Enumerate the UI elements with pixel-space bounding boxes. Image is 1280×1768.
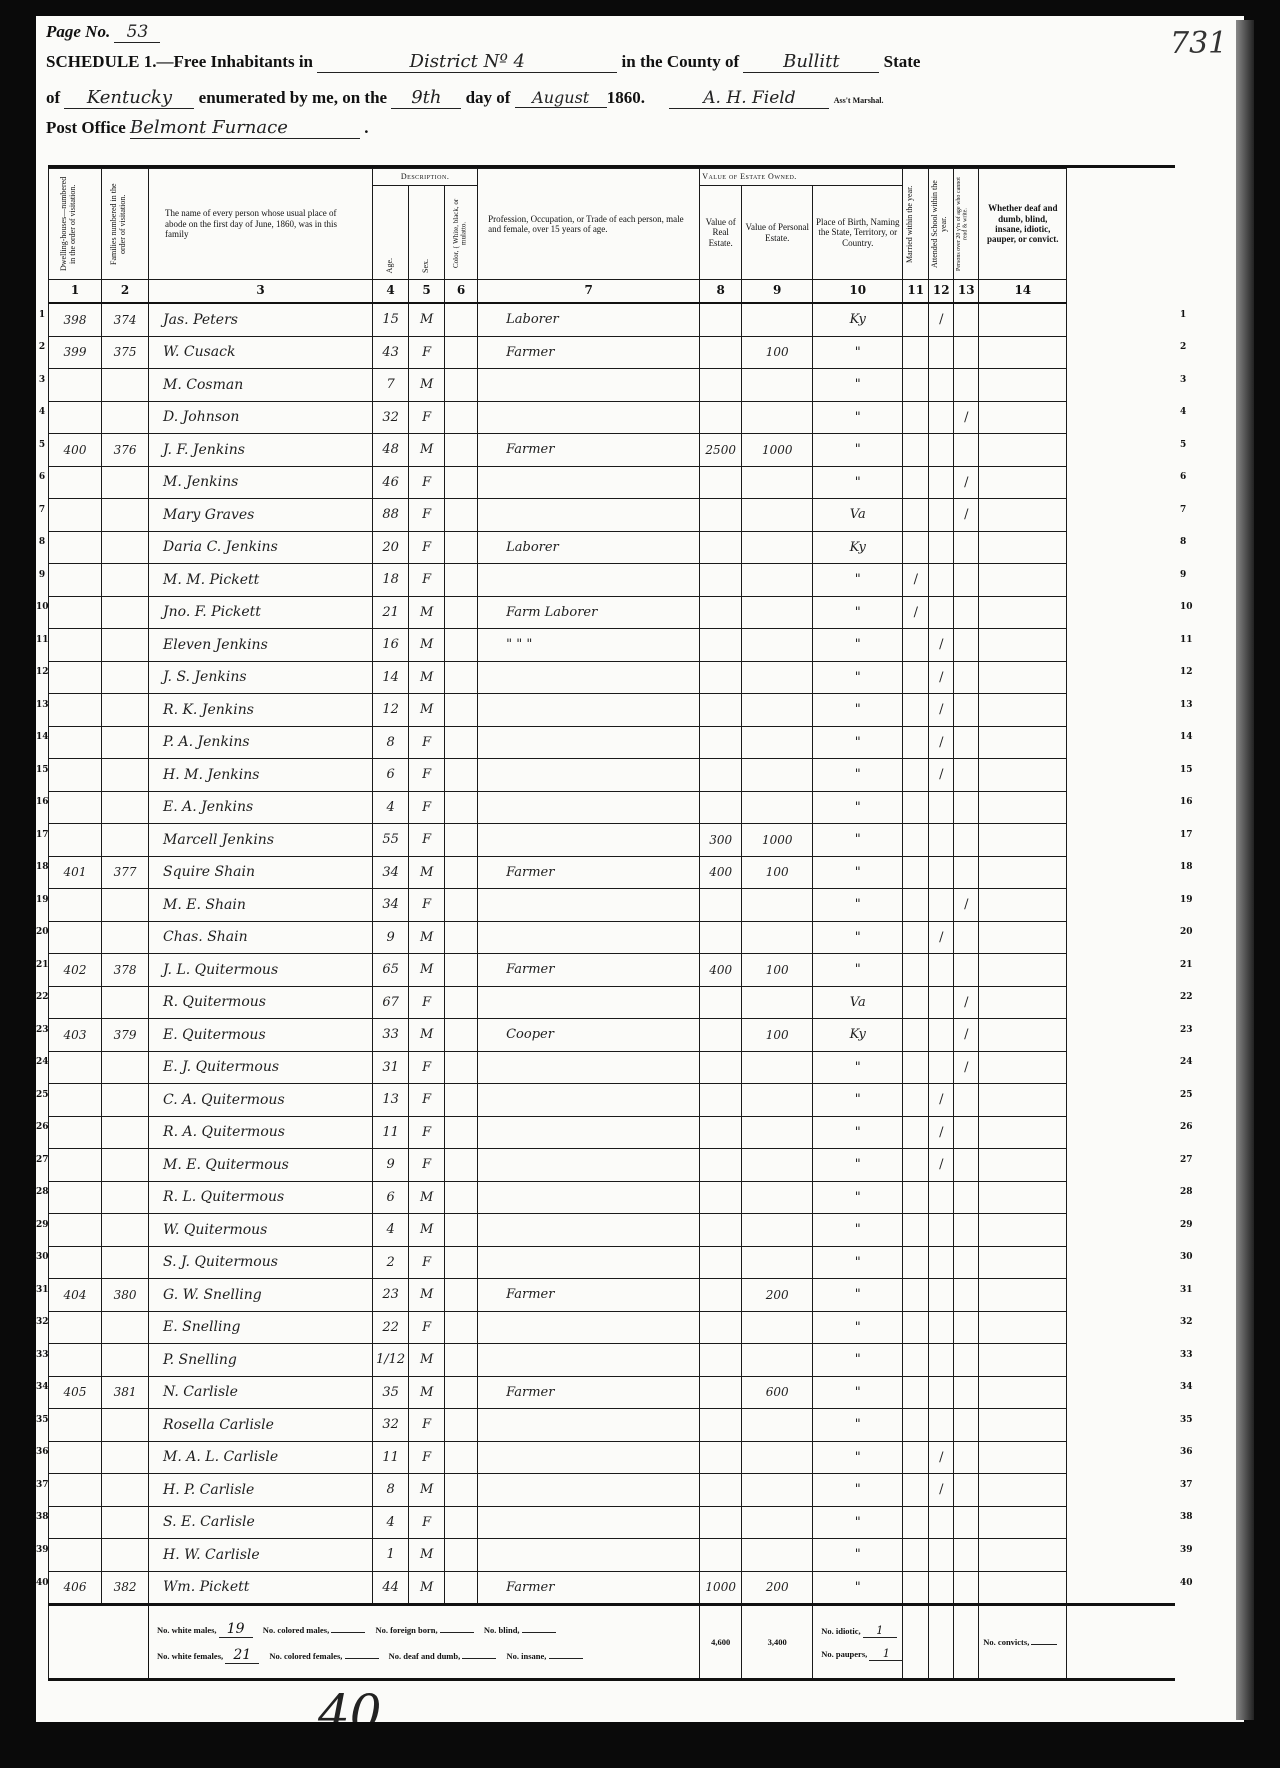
col-num: 5 <box>409 280 445 304</box>
line-number: 26 <box>36 1122 48 1132</box>
sex: F <box>409 889 445 922</box>
margin <box>1067 1279 1175 1312</box>
line-number: 9 <box>1180 570 1204 580</box>
white-females-count: 21 <box>225 1647 259 1664</box>
sex: M <box>409 694 445 727</box>
personal-estate-value <box>742 303 813 336</box>
table-row: H. W. Carlisle1M" <box>49 1539 1176 1572</box>
margin <box>1067 369 1175 402</box>
color <box>445 629 478 662</box>
illiterate-mark: / <box>954 466 979 499</box>
family-number: 382 <box>102 1571 149 1605</box>
dwelling-number <box>49 1409 102 1442</box>
birthplace: " <box>813 1214 903 1247</box>
sex: M <box>409 856 445 889</box>
day-of-label: day of <box>466 88 511 107</box>
age: 11 <box>373 1441 409 1474</box>
birthplace: " <box>813 596 903 629</box>
color <box>445 336 478 369</box>
dwelling-number <box>49 499 102 532</box>
table-row: R. Quitermous67FVa/ <box>49 986 1176 1019</box>
school-mark: / <box>929 1441 954 1474</box>
page-edge-shadow <box>1236 20 1254 1720</box>
sex: F <box>409 759 445 792</box>
line-number: 16 <box>36 797 48 807</box>
birthplace: " <box>813 1344 903 1377</box>
line-number: 28 <box>1180 1187 1204 1197</box>
margin <box>1067 1116 1175 1149</box>
table-row: D. Johnson32F"/ <box>49 401 1176 434</box>
married-mark <box>903 434 929 467</box>
family-number <box>102 1344 149 1377</box>
illiterate-mark <box>954 1441 979 1474</box>
illiterate-mark: / <box>954 986 979 1019</box>
sex: F <box>409 824 445 857</box>
col-num: 3 <box>149 280 373 304</box>
married-mark <box>903 1019 929 1052</box>
line-number: 13 <box>36 700 48 710</box>
margin <box>1067 336 1175 369</box>
school-mark <box>929 1409 954 1442</box>
line-number: 14 <box>1180 732 1204 742</box>
line-number: 20 <box>1180 927 1204 937</box>
family-number <box>102 1246 149 1279</box>
person-name: E. Quitermous <box>149 1019 373 1052</box>
illiterate-mark <box>954 824 979 857</box>
dwelling-number <box>49 1246 102 1279</box>
person-name: E. J. Quitermous <box>149 1051 373 1084</box>
illiterate-mark <box>954 1084 979 1117</box>
illiterate-mark <box>954 1474 979 1507</box>
infirmity <box>979 986 1067 1019</box>
occupation <box>478 1506 700 1539</box>
illiterate-mark <box>954 954 979 987</box>
person-name: D. Johnson <box>149 401 373 434</box>
color <box>445 824 478 857</box>
personal-estate-value <box>742 986 813 1019</box>
occupation <box>478 499 700 532</box>
dwelling-number <box>49 466 102 499</box>
school-mark: / <box>929 1116 954 1149</box>
married-mark <box>903 401 929 434</box>
married-mark <box>903 629 929 662</box>
table-row: S. J. Quitermous2F" <box>49 1246 1176 1279</box>
real-estate-value: 2500 <box>700 434 742 467</box>
line-number: 28 <box>36 1187 48 1197</box>
margin <box>1067 954 1175 987</box>
paupers-count: 1 <box>869 1647 903 1661</box>
table-row: S. E. Carlisle4F" <box>49 1506 1176 1539</box>
dwelling-number <box>49 889 102 922</box>
sex: M <box>409 661 445 694</box>
real-estate-value: 400 <box>700 856 742 889</box>
marshal-field: A. H. Field <box>669 89 829 109</box>
personal-estate-value: 1000 <box>742 434 813 467</box>
color <box>445 791 478 824</box>
sex: M <box>409 1474 445 1507</box>
line-number: 38 <box>1180 1512 1204 1522</box>
real-estate-value: 1000 <box>700 1571 742 1605</box>
infirmity <box>979 1019 1067 1052</box>
deaf-dumb-count <box>462 1658 496 1659</box>
illiterate-mark <box>954 726 979 759</box>
color <box>445 1344 478 1377</box>
real-estate-value <box>700 1149 742 1182</box>
margin <box>1067 499 1175 532</box>
line-number: 34 <box>36 1382 48 1392</box>
dwelling-number <box>49 1441 102 1474</box>
margin-spacer <box>1067 169 1175 304</box>
family-number <box>102 401 149 434</box>
margin <box>1067 1019 1175 1052</box>
real-estate-value <box>700 303 742 336</box>
real-estate-value <box>700 596 742 629</box>
illiterate-mark: / <box>954 499 979 532</box>
color <box>445 1311 478 1344</box>
county-label: in the County of <box>622 52 740 71</box>
personal-estate-value: 600 <box>742 1376 813 1409</box>
line-number: 25 <box>36 1090 48 1100</box>
color <box>445 1246 478 1279</box>
birthplace: " <box>813 1441 903 1474</box>
real-estate-value <box>700 369 742 402</box>
person-name: Marcell Jenkins <box>149 824 373 857</box>
family-number <box>102 499 149 532</box>
dwelling-number <box>49 1539 102 1572</box>
col-header-sex: Sex. <box>409 186 445 280</box>
line-number: 27 <box>36 1155 48 1165</box>
occupation <box>478 1051 700 1084</box>
married-mark <box>903 694 929 727</box>
person-name: Chas. Shain <box>149 921 373 954</box>
line-number: 21 <box>1180 960 1204 970</box>
year: 1860. <box>607 88 645 107</box>
birthplace: " <box>813 824 903 857</box>
family-number <box>102 1409 149 1442</box>
line-number: 17 <box>1180 830 1204 840</box>
sex: F <box>409 726 445 759</box>
age: 4 <box>373 1214 409 1247</box>
table-row: R. A. Quitermous11F"/ <box>49 1116 1176 1149</box>
age: 7 <box>373 369 409 402</box>
dwelling-number <box>49 401 102 434</box>
school-mark: / <box>929 1474 954 1507</box>
infirmity <box>979 661 1067 694</box>
age: 43 <box>373 336 409 369</box>
family-number <box>102 1506 149 1539</box>
table-row: M. E. Quitermous9F"/ <box>49 1149 1176 1182</box>
person-name: G. W. Snelling <box>149 1279 373 1312</box>
sex: M <box>409 369 445 402</box>
sex: F <box>409 401 445 434</box>
col-num: 12 <box>929 280 954 304</box>
color <box>445 1409 478 1442</box>
infirmity <box>979 336 1067 369</box>
enumeration-line: of Kentucky enumerated by me, on the 9th… <box>46 88 883 109</box>
column-number-row: 1 2 3 4 5 6 7 8 9 10 11 12 13 14 <box>49 280 1176 304</box>
illiterate-mark <box>954 856 979 889</box>
infirmity <box>979 303 1067 336</box>
table-row: Chas. Shain9M"/ <box>49 921 1176 954</box>
real-estate-value <box>700 1311 742 1344</box>
color <box>445 499 478 532</box>
illiterate-mark <box>954 1409 979 1442</box>
infirmity <box>979 466 1067 499</box>
age: 23 <box>373 1279 409 1312</box>
dwelling-number <box>49 726 102 759</box>
person-name: J. S. Jenkins <box>149 661 373 694</box>
occupation <box>478 1474 700 1507</box>
dwelling-number <box>49 1344 102 1377</box>
table-row: P. Snelling1/12M" <box>49 1344 1176 1377</box>
family-number: 377 <box>102 856 149 889</box>
occupation <box>478 759 700 792</box>
age: 1 <box>373 1539 409 1572</box>
personal-estate-value <box>742 759 813 792</box>
color <box>445 1474 478 1507</box>
married-mark <box>903 1084 929 1117</box>
age: 12 <box>373 694 409 727</box>
line-number: 22 <box>36 992 48 1002</box>
dwelling-number: 401 <box>49 856 102 889</box>
person-name: Jno. F. Pickett <box>149 596 373 629</box>
line-number: 31 <box>1180 1285 1204 1295</box>
line-number: 37 <box>1180 1480 1204 1490</box>
color <box>445 1539 478 1572</box>
married-mark <box>903 1344 929 1377</box>
col-header-dwelling: Dwelling-houses—numbered in the order of… <box>49 169 102 280</box>
color <box>445 954 478 987</box>
birthplace: " <box>813 369 903 402</box>
birthplace: " <box>813 466 903 499</box>
sex: F <box>409 791 445 824</box>
line-number: 24 <box>1180 1057 1204 1067</box>
col-header-family: Families numbered in the order of visita… <box>102 169 149 280</box>
page-number: 53 <box>114 23 160 43</box>
dwelling-number <box>49 629 102 662</box>
infirmity <box>979 1051 1067 1084</box>
family-number <box>102 921 149 954</box>
page-number-line: Page No. 53 <box>46 22 160 43</box>
white-males-count: 19 <box>219 1621 253 1638</box>
margin <box>1067 531 1175 564</box>
school-mark <box>929 466 954 499</box>
line-number: 27 <box>1180 1155 1204 1165</box>
real-estate-value <box>700 1019 742 1052</box>
person-name: M. E. Shain <box>149 889 373 922</box>
family-number <box>102 1181 149 1214</box>
infirmity <box>979 564 1067 597</box>
personal-estate-value <box>742 1539 813 1572</box>
line-number: 6 <box>1180 472 1204 482</box>
age: 16 <box>373 629 409 662</box>
married-mark <box>903 336 929 369</box>
family-number <box>102 661 149 694</box>
margin <box>1067 303 1175 336</box>
birthplace: Va <box>813 499 903 532</box>
personal-estate-value <box>742 629 813 662</box>
person-name: J. L. Quitermous <box>149 954 373 987</box>
convicts-count <box>1031 1644 1057 1645</box>
col-header-real-estate: Value of Real Estate. <box>700 186 742 280</box>
school-mark: / <box>929 726 954 759</box>
col-num: 11 <box>903 280 929 304</box>
school-mark <box>929 824 954 857</box>
infirmity <box>979 1344 1067 1377</box>
school-mark <box>929 1311 954 1344</box>
personal-estate-value <box>742 1181 813 1214</box>
dwelling-number: 406 <box>49 1571 102 1605</box>
county-field: Bullitt <box>743 52 879 73</box>
occupation <box>478 1084 700 1117</box>
table-row: Marcell Jenkins55F3001000" <box>49 824 1176 857</box>
school-mark <box>929 1181 954 1214</box>
sex: F <box>409 499 445 532</box>
age: 32 <box>373 1409 409 1442</box>
sex: F <box>409 1084 445 1117</box>
infirmity <box>979 1149 1067 1182</box>
col-group-description: Description. <box>373 169 478 186</box>
color <box>445 759 478 792</box>
married-mark <box>903 1116 929 1149</box>
line-number: 22 <box>1180 992 1204 1002</box>
age: 13 <box>373 1084 409 1117</box>
col-header-name: The name of every person whose usual pla… <box>149 169 373 280</box>
school-mark: / <box>929 303 954 336</box>
infirmity <box>979 1084 1067 1117</box>
sex: F <box>409 986 445 1019</box>
school-mark <box>929 596 954 629</box>
color <box>445 1506 478 1539</box>
schedule-line: SCHEDULE 1.—Free Inhabitants in District… <box>46 52 920 73</box>
post-office-label: Post Office <box>46 118 126 137</box>
line-number: 37 <box>36 1480 48 1490</box>
line-number: 34 <box>1180 1382 1204 1392</box>
colored-males-count <box>331 1632 365 1633</box>
occupation <box>478 1344 700 1377</box>
illiterate-mark <box>954 791 979 824</box>
line-number: 39 <box>36 1545 48 1555</box>
color <box>445 1149 478 1182</box>
family-number <box>102 1116 149 1149</box>
married-mark <box>903 661 929 694</box>
line-number: 18 <box>36 862 48 872</box>
school-mark <box>929 434 954 467</box>
infirmity <box>979 1311 1067 1344</box>
infirmity <box>979 434 1067 467</box>
occupation <box>478 1311 700 1344</box>
occupation <box>478 986 700 1019</box>
personal-estate-value <box>742 1409 813 1442</box>
table-row: Eleven Jenkins16M" " ""/ <box>49 629 1176 662</box>
married-mark <box>903 303 929 336</box>
line-number: 1 <box>1180 310 1204 320</box>
line-number: 10 <box>36 602 48 612</box>
real-estate-value <box>700 986 742 1019</box>
occupation <box>478 824 700 857</box>
dwelling-number: 398 <box>49 303 102 336</box>
age: 32 <box>373 401 409 434</box>
margin <box>1067 1051 1175 1084</box>
school-mark <box>929 531 954 564</box>
line-number: 15 <box>36 765 48 775</box>
married-mark <box>903 759 929 792</box>
dwelling-number: 403 <box>49 1019 102 1052</box>
line-number: 11 <box>1180 635 1204 645</box>
family-number <box>102 1474 149 1507</box>
person-name: S. J. Quitermous <box>149 1246 373 1279</box>
color <box>445 369 478 402</box>
occupation: Cooper <box>478 1019 700 1052</box>
age: 44 <box>373 1571 409 1605</box>
line-number: 14 <box>36 732 48 742</box>
sex: F <box>409 1311 445 1344</box>
color <box>445 564 478 597</box>
dwelling-number <box>49 1084 102 1117</box>
married-mark <box>903 369 929 402</box>
real-estate-value <box>700 1376 742 1409</box>
dwelling-number <box>49 694 102 727</box>
family-number <box>102 564 149 597</box>
school-mark <box>929 954 954 987</box>
person-name: Mary Graves <box>149 499 373 532</box>
birthplace: " <box>813 1571 903 1605</box>
real-estate-total: 4,600 <box>700 1605 742 1680</box>
scan-bottom-border <box>0 1722 1280 1768</box>
margin <box>1067 856 1175 889</box>
infirmity <box>979 824 1067 857</box>
infirmity <box>979 1506 1067 1539</box>
school-mark: / <box>929 1149 954 1182</box>
dwelling-number: 402 <box>49 954 102 987</box>
birthplace: " <box>813 434 903 467</box>
personal-estate-value <box>742 726 813 759</box>
family-number <box>102 1311 149 1344</box>
person-name: W. Cusack <box>149 336 373 369</box>
person-name: J. F. Jenkins <box>149 434 373 467</box>
table-row: M. Jenkins46F"/ <box>49 466 1176 499</box>
table-row: 399375W. Cusack43FFarmer100" <box>49 336 1176 369</box>
illiterate-mark <box>954 531 979 564</box>
line-number: 7 <box>1180 505 1204 515</box>
married-mark <box>903 1149 929 1182</box>
occupation <box>478 401 700 434</box>
post-office-field: Belmont Furnace <box>130 118 360 139</box>
illiterate-mark <box>954 1539 979 1572</box>
occupation: Farmer <box>478 1279 700 1312</box>
margin <box>1067 1474 1175 1507</box>
color <box>445 1441 478 1474</box>
line-number: 36 <box>36 1447 48 1457</box>
birthplace: " <box>813 791 903 824</box>
col-num: 9 <box>742 280 813 304</box>
totals-blank <box>49 1605 149 1680</box>
school-mark <box>929 856 954 889</box>
illiterate-mark <box>954 1571 979 1605</box>
personal-estate-value <box>742 369 813 402</box>
person-name: R. K. Jenkins <box>149 694 373 727</box>
school-mark <box>929 1019 954 1052</box>
margin <box>1067 564 1175 597</box>
schedule-label: SCHEDULE 1.—Free Inhabitants in <box>46 52 313 71</box>
infirmity <box>979 499 1067 532</box>
table-row: M. M. Pickett18F"/ <box>49 564 1176 597</box>
line-number: 4 <box>36 407 48 417</box>
blind-count <box>522 1632 556 1633</box>
line-number: 35 <box>1180 1415 1204 1425</box>
totals-convicts: No. convicts, <box>979 1605 1067 1680</box>
table-row: 403379E. Quitermous33MCooper100Ky/ <box>49 1019 1176 1052</box>
